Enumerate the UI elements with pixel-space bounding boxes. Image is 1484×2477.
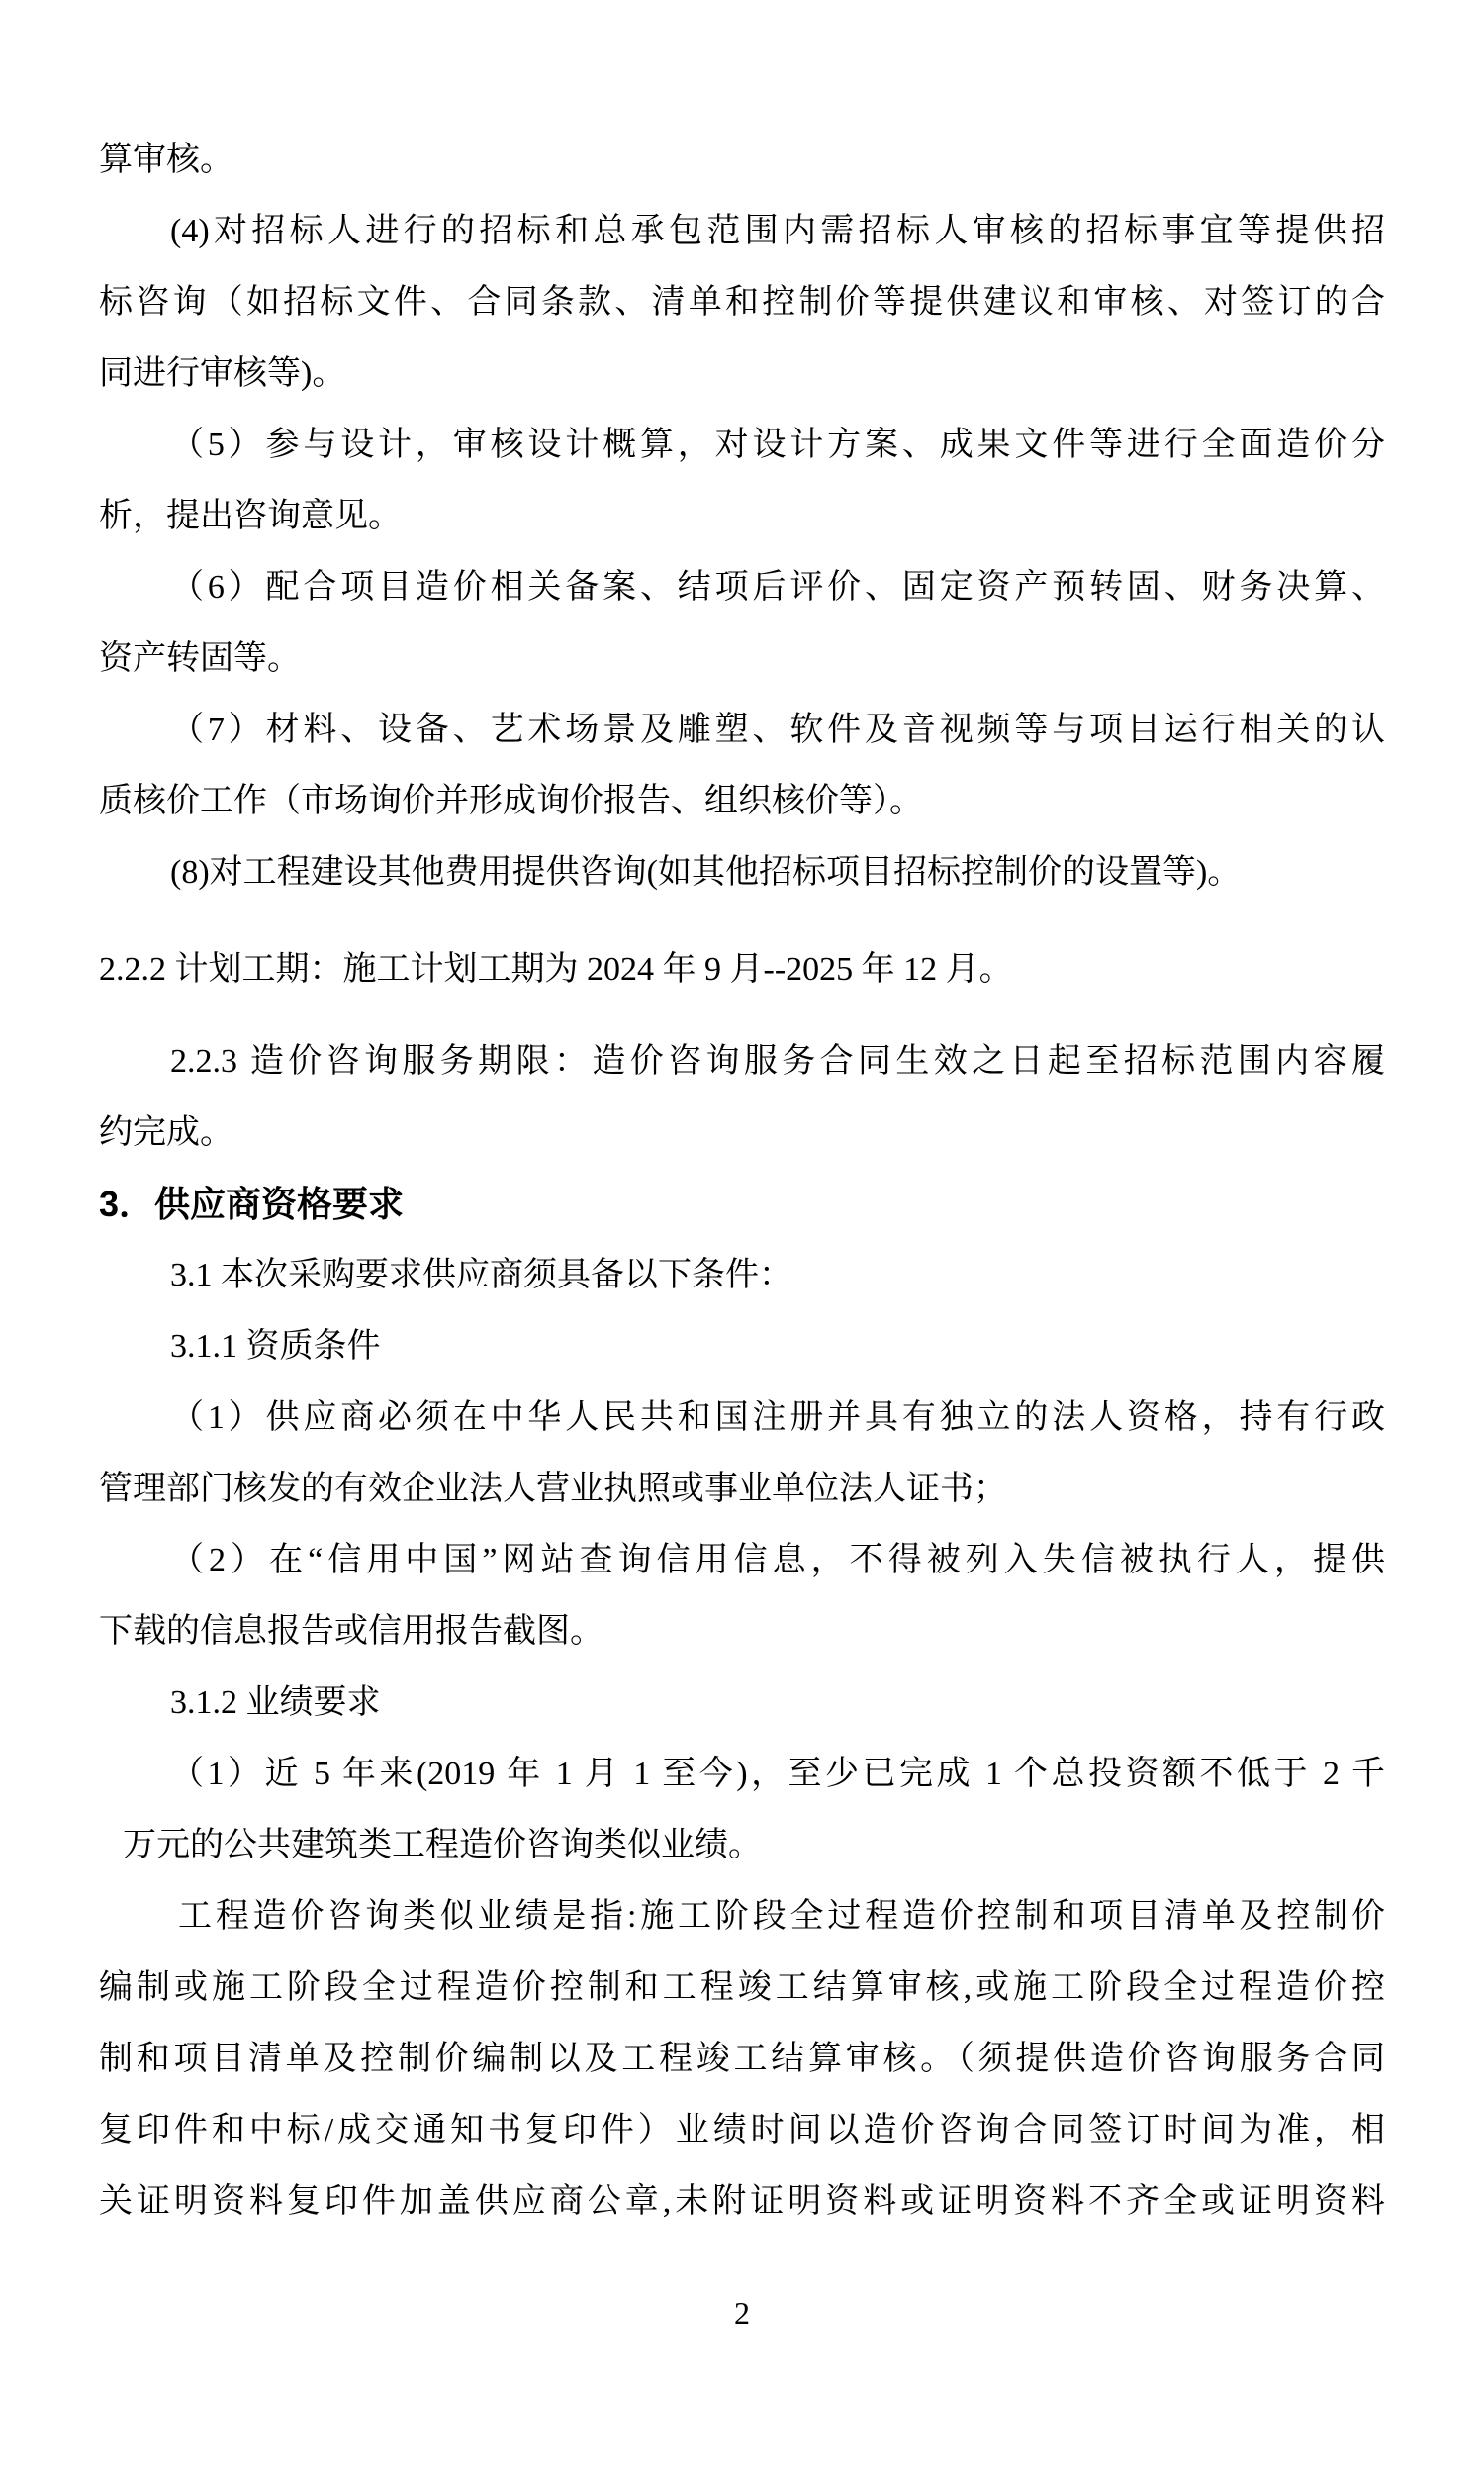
text-line-cont: 管理部门核发的有效企业法人营业执照或事业单位法人证书；: [99, 1454, 1385, 1525]
text-line-cont: 同进行审核等)。: [99, 338, 1385, 410]
text-line-clause-2-2-2: 2.2.2 计划工期：施工计划工期为 2024 年 9 月--2025 年 12…: [99, 934, 1385, 1005]
text-line-cont: 复印件和中标/成交通知书复印件）业绩时间以造价咨询合同签订时间为准，相: [99, 2095, 1385, 2166]
text-line-cont: 编制或施工阶段全过程造价控制和工程竣工结算审核,或施工阶段全过程造价控: [99, 1953, 1385, 2024]
text-line-para: 工程造价咨询类似业绩是指:施工阶段全过程造价控制和项目清单及控制价: [99, 1881, 1385, 1953]
page-number: 2: [99, 2277, 1385, 2348]
text-line-cont: 算审核。: [99, 125, 1385, 196]
text-line-cont: 关证明资料复印件加盖供应商公章,未附证明资料或证明资料不齐全或证明资料: [99, 2166, 1385, 2238]
section-heading-3: 3．供应商资格要求: [99, 1169, 1385, 1240]
text-line-clause-2-2-3: 2.2.3 造价咨询服务期限：造价咨询服务合同生效之日起至招标范围内容履: [99, 1026, 1385, 1097]
document-page: 算审核。 (4)对招标人进行的招标和总承包范围内需招标人审核的招标事宜等提供招 …: [0, 0, 1484, 2477]
text-line-item-8: (8)对工程建设其他费用提供咨询(如其他招标项目招标控制价的设置等)。: [99, 837, 1385, 908]
text-line-item-1: （1）供应商必须在中华人民共和国注册并具有独立的法人资格，持有行政: [99, 1382, 1385, 1454]
text-line-cont: 制和项目清单及控制价编制以及工程竣工结算审核。（须提供造价咨询服务合同: [99, 2024, 1385, 2095]
text-line-clause-3-1-1: 3.1.1 资质条件: [99, 1311, 1385, 1382]
text-line-item-1b: （1）近 5 年来(2019 年 1 月 1 至今)，至少已完成 1 个总投资额…: [99, 1739, 1385, 1810]
text-line-cont: 质核价工作（市场询价并形成询价报告、组织核价等）。: [99, 766, 1385, 837]
text-line-item-5: （5）参与设计，审核设计概算，对设计方案、成果文件等进行全面造价分: [99, 410, 1385, 481]
text-line-cont: 万元的公共建筑类工程造价咨询类似业绩。: [99, 1810, 1385, 1881]
text-line-cont: 析，提出咨询意见。: [99, 481, 1385, 552]
text-line-cont: 标咨询（如招标文件、合同条款、清单和控制价等提供建议和审核、对签订的合: [99, 267, 1385, 338]
text-line-cont: 约完成。: [99, 1097, 1385, 1169]
text-line-item-6: （6）配合项目造价相关备案、结项后评价、固定资产预转固、财务决算、: [99, 552, 1385, 623]
text-line-item-7: （7）材料、设备、艺术场景及雕塑、软件及音视频等与项目运行相关的认: [99, 695, 1385, 766]
text-line-cont: 资产转固等。: [99, 623, 1385, 695]
text-line-clause-3-1: 3.1 本次采购要求供应商须具备以下条件：: [99, 1240, 1385, 1311]
text-line-item-4: (4)对招标人进行的招标和总承包范围内需招标人审核的招标事宜等提供招: [99, 196, 1385, 267]
text-line-item-2: （2）在“信用中国”网站查询信用信息，不得被列入失信被执行人，提供: [99, 1525, 1385, 1596]
text-line-clause-3-1-2: 3.1.2 业绩要求: [99, 1667, 1385, 1739]
text-line-cont: 下载的信息报告或信用报告截图。: [99, 1596, 1385, 1667]
